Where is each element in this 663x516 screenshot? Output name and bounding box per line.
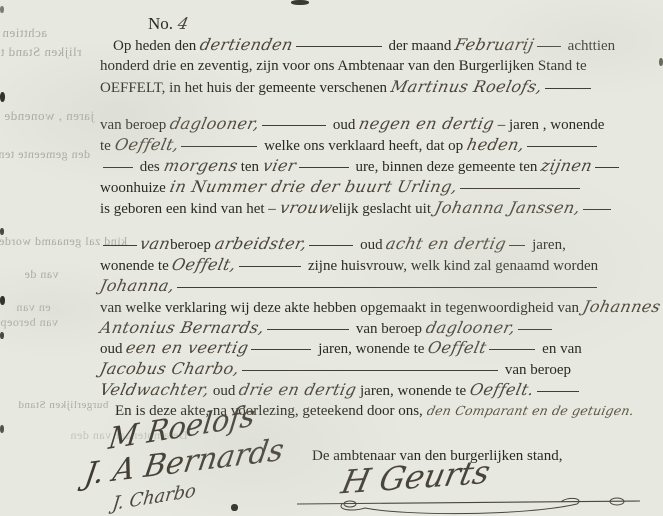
scan-artifact (0, 92, 5, 102)
blank-rule (262, 125, 326, 126)
handwritten-text: Februarij (453, 35, 536, 56)
handwritten-text: Johannes (581, 297, 663, 318)
printed-text: en van (538, 341, 581, 357)
printed-text: is geboren een kind van het – (100, 201, 280, 217)
handwritten-text: zijnen (539, 156, 594, 177)
printed-text: honderd drie en zeventig, zijn voor ons … (100, 58, 587, 74)
blank-rule (509, 245, 525, 246)
printed-text: oud (329, 117, 359, 133)
printed-text: zijne huisvrouw, welk kind zal genaamd w… (304, 258, 598, 274)
printed-text: van beroep (352, 321, 426, 337)
printed-text: van welke verklaring wij deze akte hebbe… (100, 300, 583, 316)
printed-text: welke ons verklaard heeft, dat op (260, 138, 467, 154)
scan-artifact (0, 228, 4, 235)
document-line: van beroep arbeidster, oud acht en derti… (100, 234, 643, 255)
document-line: woonhuize in Nummer drie der buurt Urlin… (100, 177, 643, 198)
document-line: Antonius Bernards, van beroep daglooner, (100, 318, 643, 339)
scan-artifact (0, 425, 4, 433)
handwritten-text: negen en dertig (357, 114, 496, 135)
handwritten-text: arbeidster, (212, 234, 308, 255)
blank-rule (460, 188, 580, 189)
handwritten-text: Oeffelt (426, 338, 489, 359)
printed-text: jaren, wonende te (314, 341, 428, 357)
akte-body: No.4 Op heden den dertienden der maand F… (0, 0, 663, 420)
document-line: wonende te Oeffelt, zijne huisvrouw, wel… (100, 255, 643, 276)
blank-rule (242, 370, 498, 371)
printed-text: des (136, 159, 164, 175)
document-line: Johanna, (100, 276, 643, 297)
blank-rule (267, 329, 349, 330)
document-line: van welke verklaring wij deze akte hebbe… (100, 297, 643, 318)
blank-rule (595, 167, 619, 168)
blank-rule (545, 88, 591, 89)
handwritten-text: daglooner, (168, 114, 262, 135)
document-line: te Oeffelt, welke ons verklaard heeft, d… (100, 135, 643, 156)
printed-text: wonende te (100, 258, 172, 274)
printed-text: jaren, wonende te (356, 383, 470, 399)
printed-text: te (100, 138, 115, 154)
scan-artifact (659, 58, 663, 66)
blank-rule (518, 329, 552, 330)
handwritten-text: Martinus Roelofs, (389, 77, 544, 98)
handwritten-text: Johanna Janssen, (433, 198, 582, 219)
printed-text: ure, binnen deze gemeente ten (352, 159, 542, 175)
document-line: OEFFELT, in het huis der gemeente versch… (100, 77, 643, 98)
printed-text: achttien (564, 38, 615, 54)
blank-rule (489, 349, 535, 350)
handwritten-text: daglooner, (424, 318, 518, 339)
blank-rule (537, 391, 579, 392)
handwritten-text: Oeffelt, (170, 255, 238, 276)
scan-artifact (0, 296, 5, 305)
document-line: Veldwachter, oud drie en dertig jaren, w… (100, 380, 643, 401)
handwritten-text: van (138, 234, 173, 255)
printed-text: oud (100, 341, 126, 357)
handwritten-text: Antonius Bernards, (98, 318, 266, 339)
blank-rule (181, 146, 257, 147)
printed-text: Op heden den (113, 38, 200, 54)
handwritten-text: een en veertig (124, 338, 251, 359)
handwritten-text: den Comparant en de getuigen. (424, 401, 635, 420)
document-line: honderd drie en zeventig, zijn voor ons … (100, 56, 643, 77)
printed-text: oud (209, 383, 239, 399)
printed-text: van beroep (100, 117, 170, 133)
printed-text: OEFFELT, in het huis der gemeente versch… (100, 80, 391, 96)
act-number-label: No. (148, 14, 173, 33)
handwritten-text: Jacobus Charbo, (98, 359, 242, 380)
handwritten-text: vier (261, 156, 298, 177)
document-line: is geboren een kind van het – vrouwelijk… (100, 198, 643, 219)
handwritten-text: morgens (161, 156, 239, 177)
scan-artifact (0, 6, 4, 13)
document-line: Op heden den dertienden der maand Februa… (113, 35, 643, 56)
blank-rule (177, 287, 597, 288)
printed-text: der maand (385, 38, 455, 54)
handwritten-text: Johanna, (98, 276, 177, 297)
signature-flourish (295, 486, 645, 516)
handwritten-text: Oeffelt. (468, 380, 536, 401)
document-line: des morgens ten vier ure, binnen deze ge… (100, 156, 643, 177)
handwritten-text: vrouw (277, 198, 334, 219)
document-line: oud een en veertig jaren, wonende te Oef… (100, 338, 643, 359)
printed-text: – jaren , wonende (494, 117, 604, 133)
printed-text: elijk geslacht uit (332, 201, 435, 217)
blank-rule (103, 245, 137, 246)
printed-text: ten (237, 159, 263, 175)
blank-rule (239, 266, 301, 267)
blank-rule (296, 46, 382, 47)
printed-text: oud (356, 237, 386, 253)
blank-rule (583, 209, 611, 210)
handwritten-text: in Nummer drie der buurt Urling, (167, 177, 459, 198)
printed-text: jaren, (528, 237, 565, 253)
handwritten-text: heden, (465, 135, 527, 156)
scan-artifact (291, 0, 309, 5)
printed-text: beroep (170, 237, 215, 253)
document-line: Jacobus Charbo, van beroep (100, 359, 643, 380)
document-lines: Op heden den dertienden der maand Februa… (100, 35, 643, 420)
printed-text: van beroep (501, 362, 571, 378)
blank-rule (103, 167, 133, 168)
blank-rule (309, 245, 353, 246)
scan-artifact (0, 332, 4, 339)
act-number-line: No.4 (148, 13, 643, 35)
blank-rule (527, 146, 597, 147)
handwritten-text: Veldwachter, (98, 380, 212, 401)
handwritten-text: Oeffelt, (112, 135, 180, 156)
blank-rule (537, 46, 561, 47)
act-number-value: 4 (176, 13, 191, 35)
printed-text: woonhuize (100, 180, 170, 196)
handwritten-text: dertienden (198, 35, 295, 56)
handwritten-text: acht en dertig (384, 234, 508, 255)
birth-certificate-scan: achttienrlijken Stand tejaren , wonended… (0, 0, 663, 516)
document-line: van beroep daglooner, oud negen en derti… (100, 114, 643, 135)
blank-rule (251, 349, 311, 350)
scan-artifact (231, 504, 238, 511)
blank-rule (299, 167, 349, 168)
